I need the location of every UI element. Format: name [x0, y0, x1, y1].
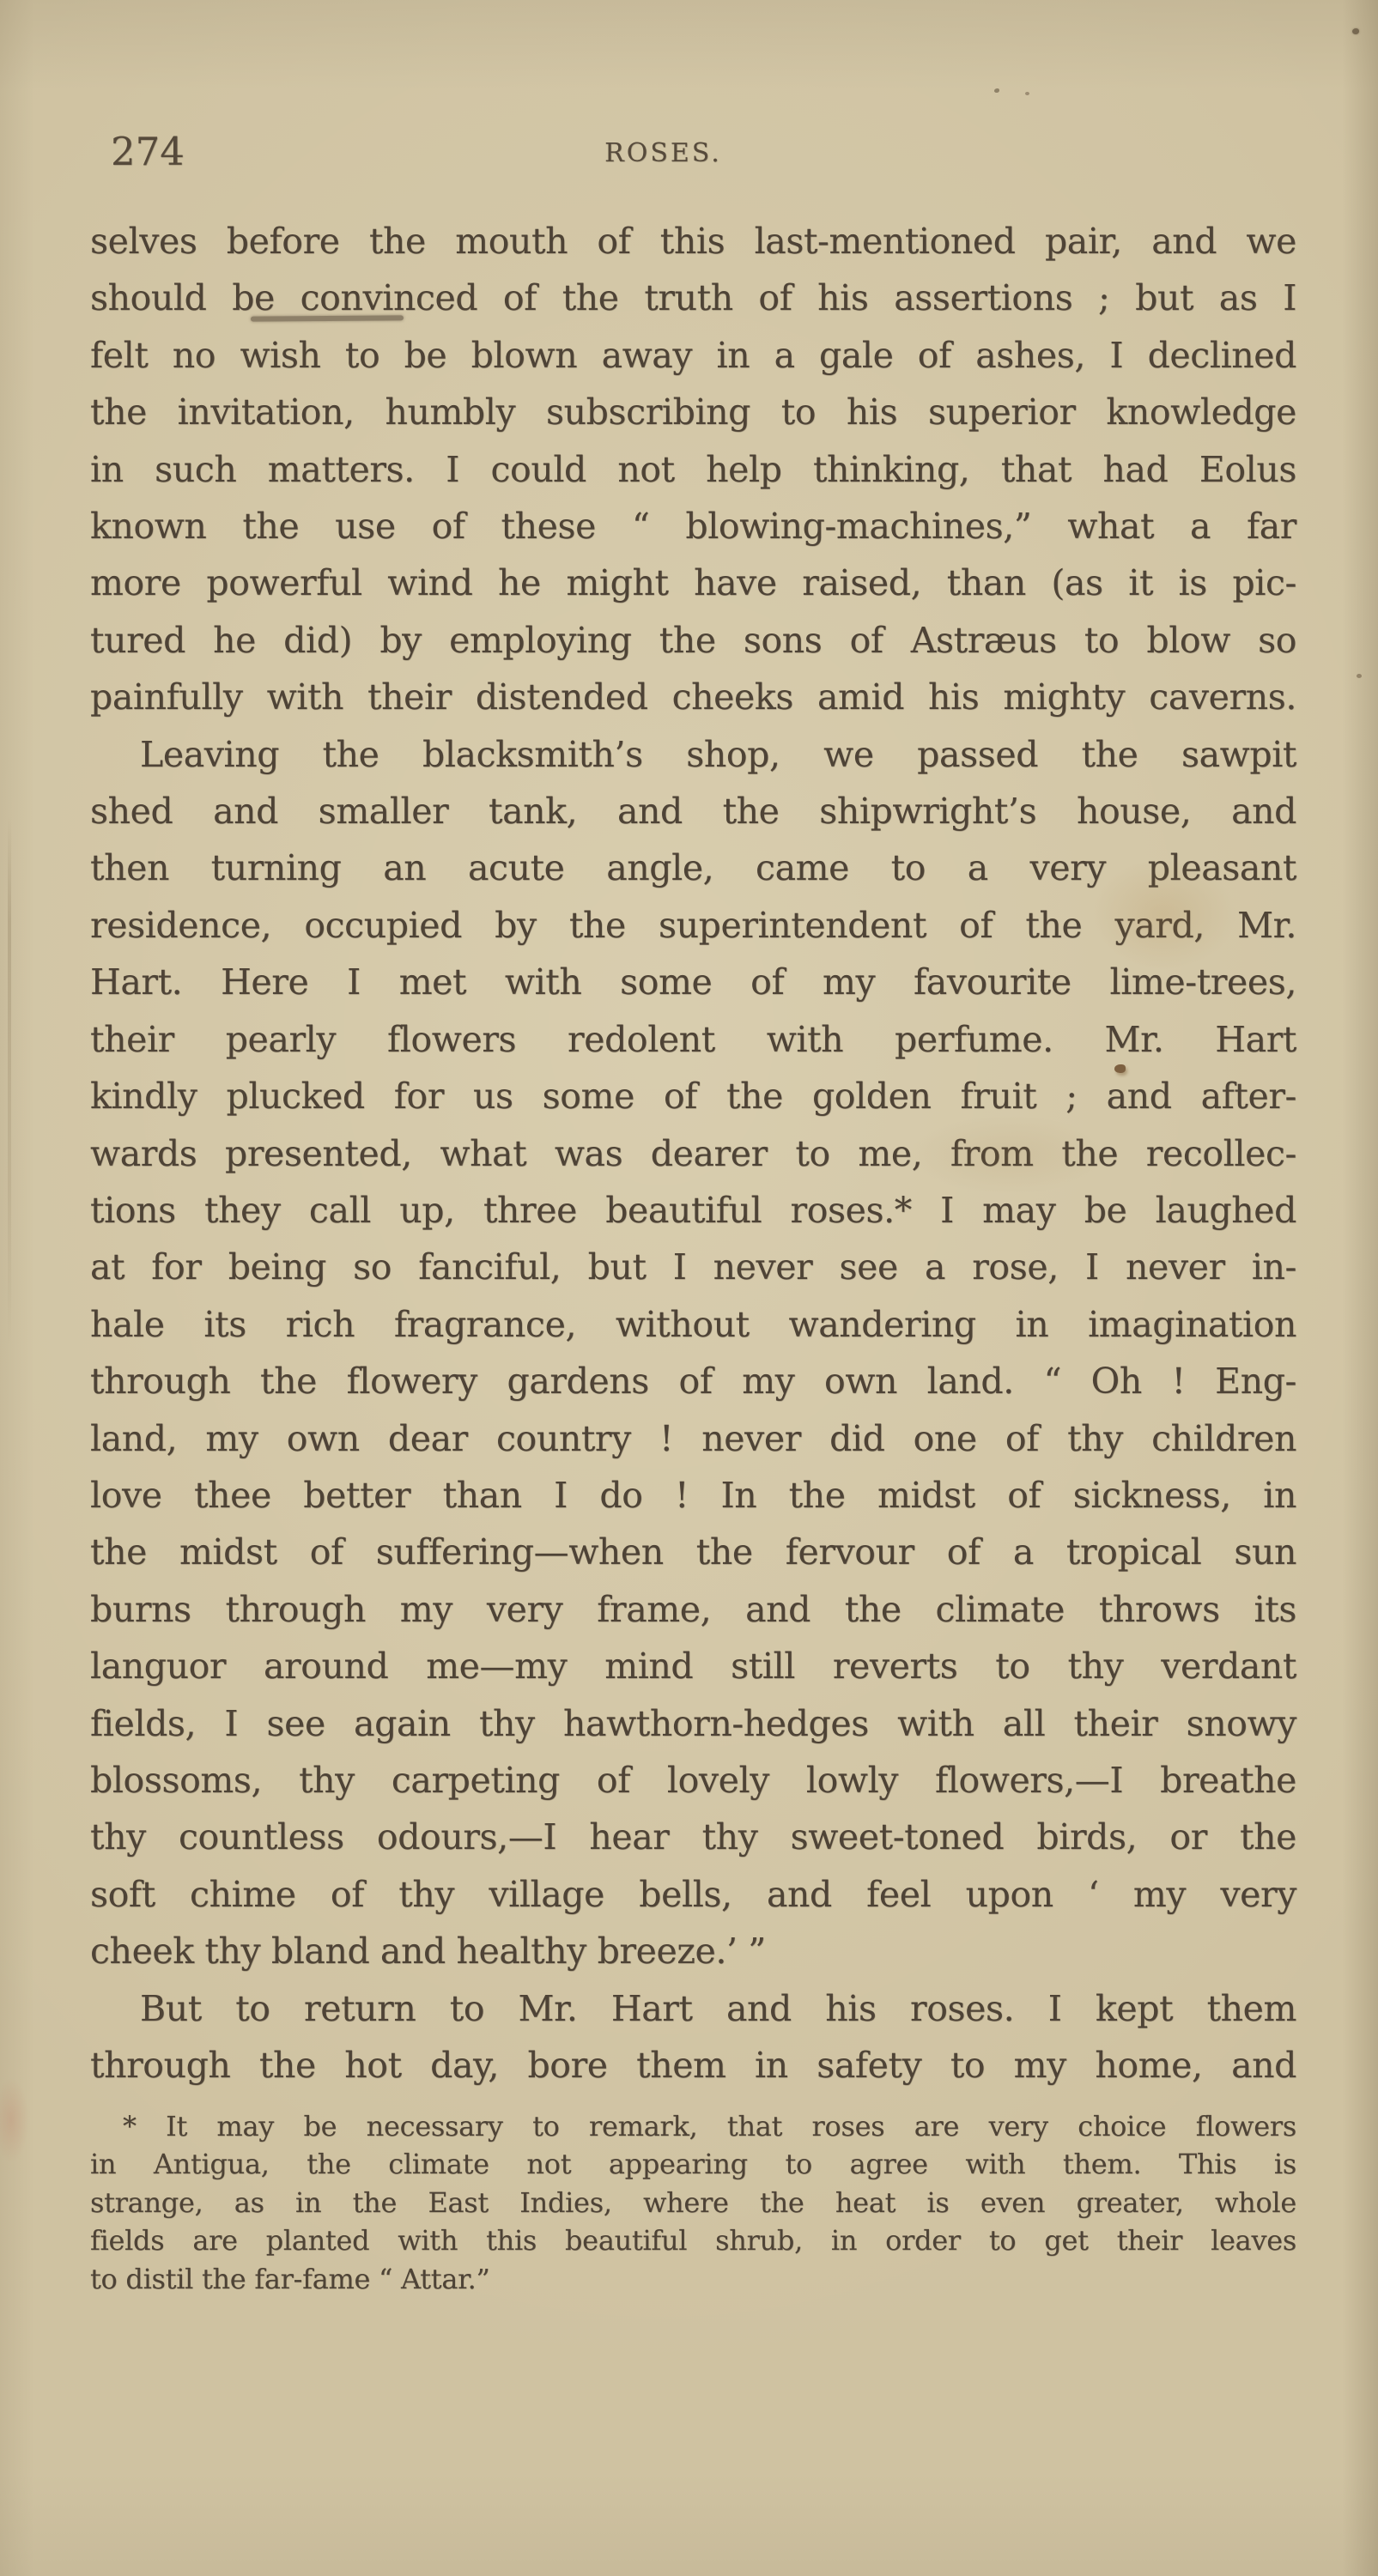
paper-speck	[1357, 674, 1362, 678]
text-line: soft chime of thy village bells, and fee…	[90, 1866, 1296, 1923]
paper-speck	[1025, 92, 1029, 95]
paper-speck	[994, 88, 999, 93]
paper-crease	[8, 815, 11, 1348]
text-line: in Antigua, the climate not appearing to…	[90, 2145, 1296, 2183]
text-line: fields, I see again thy hawthorn-hedges …	[90, 1695, 1296, 1752]
text-line: land, my own dear country ! never did on…	[90, 1410, 1296, 1467]
text-line: residence, occupied by the superintenden…	[90, 897, 1296, 954]
text-line: love thee better than I do ! In the mids…	[90, 1467, 1296, 1524]
text-line: wards presented, what was dearer to me, …	[90, 1125, 1296, 1182]
text-line: tured he did) by employing the sons of A…	[90, 612, 1296, 669]
text-line: hale its rich fragrance, without wanderi…	[90, 1296, 1296, 1353]
paper-stain	[0, 2077, 29, 2163]
text-line: to distil the far-fame “ Attar.”	[90, 2260, 1296, 2298]
text-line: the midst of suffering—when the fervour …	[90, 1524, 1296, 1580]
text-line: felt no wish to be blown away in a gale …	[90, 327, 1296, 384]
text-line: Leaving the blacksmith’s shop, we passed…	[90, 726, 1296, 783]
text-line: then turning an acute angle, came to a v…	[90, 839, 1296, 896]
text-line: languor around me—my mind still reverts …	[90, 1638, 1296, 1694]
body-text: selves before the mouth of this last-men…	[90, 213, 1296, 2094]
text-line: Hart. Here I met with some of my favouri…	[90, 954, 1296, 1010]
book-page-scan: 274 ROSES. selves before the mouth of th…	[0, 0, 1378, 2576]
text-line: selves before the mouth of this last-men…	[90, 213, 1296, 270]
text-line: tions they call up, three beautiful rose…	[90, 1182, 1296, 1239]
text-line: blossoms, thy carpeting of lovely lowly …	[90, 1752, 1296, 1809]
text-line: their pearly flowers redolent with perfu…	[90, 1011, 1296, 1068]
text-line: in such matters. I could not help thinki…	[90, 441, 1296, 498]
text-line: known the use of these “ blowing-machine…	[90, 498, 1296, 555]
page-header: 274 ROSES.	[90, 132, 1296, 192]
text-line: painfully with their distended cheeks am…	[90, 669, 1296, 725]
text-line: fields are planted with this beautiful s…	[90, 2221, 1296, 2259]
text-line: at for being so fanciful, but I never se…	[90, 1239, 1296, 1295]
running-head: ROSES.	[60, 141, 1266, 167]
text-line: through the flowery gardens of my own la…	[90, 1353, 1296, 1409]
footnote: * It may be necessary to remark, that ro…	[90, 2107, 1296, 2298]
text-line: the invitation, humbly subscribing to hi…	[90, 384, 1296, 440]
text-line: shed and smaller tank, and the shipwrigh…	[90, 783, 1296, 839]
text-line: should be convinced of the truth of his …	[90, 270, 1296, 326]
text-line: cheek thy bland and healthy breeze.’ ”	[90, 1923, 1296, 1979]
text-line: strange, as in the East Indies, where th…	[90, 2184, 1296, 2221]
text-line: kindly plucked for us some of the golden…	[90, 1068, 1296, 1124]
text-line: thy countless odours,—I hear thy sweet-t…	[90, 1809, 1296, 1865]
text-line: burns through my very frame, and the cli…	[90, 1581, 1296, 1638]
text-line: But to return to Mr. Hart and his roses.…	[90, 1980, 1296, 2037]
paper-speck	[1352, 28, 1359, 34]
text-line: through the hot day, bore them in safety…	[90, 2037, 1296, 2094]
text-line: more powerful wind he might have raised,…	[90, 555, 1296, 611]
text-line: * It may be necessary to remark, that ro…	[90, 2107, 1296, 2145]
